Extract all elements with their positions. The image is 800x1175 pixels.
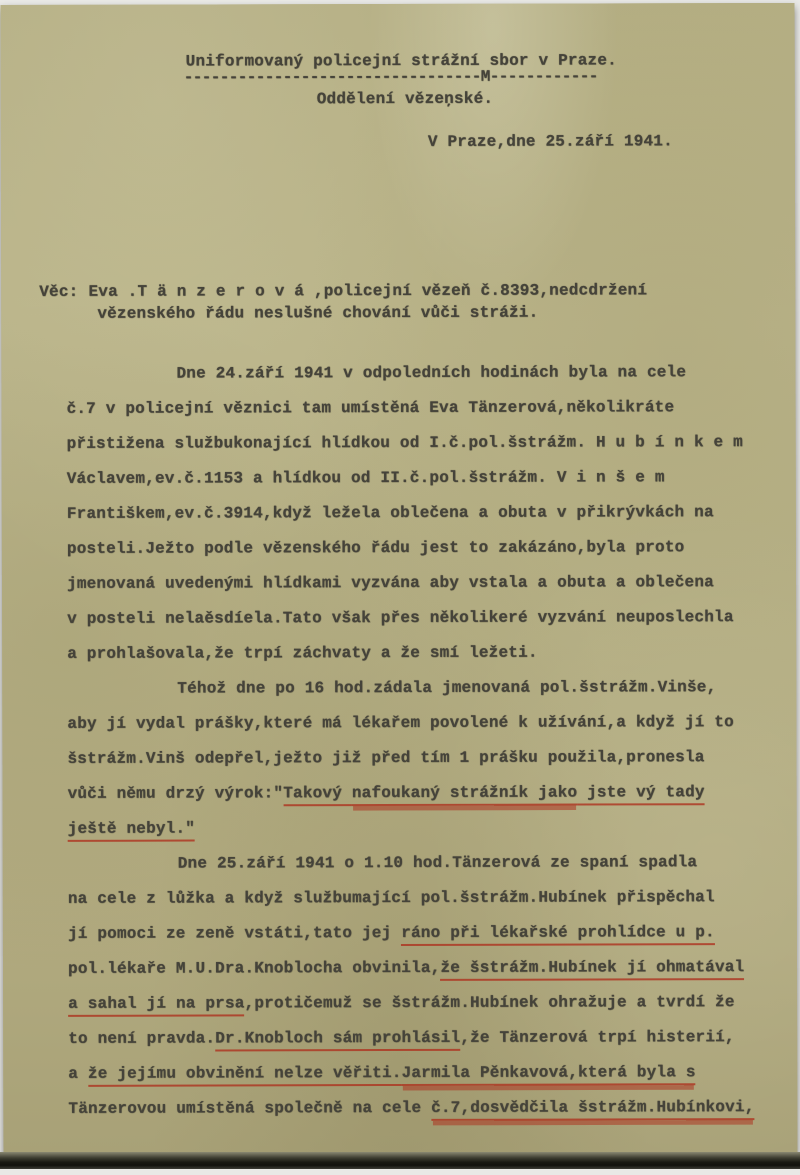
text-segment: Téhož dne po 16 hod.zádala jmenovaná pol…: [177, 678, 716, 697]
document-page: Uniformovaný policejní strážní sbor v Pr…: [0, 3, 797, 1155]
department-line: Oddělení vězeņské.: [317, 90, 493, 108]
document-line: přistižena službukonající hlídkou od I.č…: [67, 425, 777, 462]
document-line: a sahal jí na prsa,protičemuž se šstrážm…: [68, 985, 778, 1022]
document-line: ještě nebyl.": [68, 810, 778, 847]
document-line: Dne 25.září 1941 o 1.10 hod.Tänzerová ze…: [68, 845, 778, 882]
red-underlined-segment: nafoukaný strážník jako: [352, 784, 577, 807]
text-segment: na cele z lůžka a když službumající pol.…: [68, 888, 715, 908]
red-underlined-segment: a sahal jí na prsa: [68, 994, 244, 1016]
text-segment: Dne 25.září 1941 o 1.10 hod.Tänzerová ze…: [178, 853, 698, 872]
red-underlined-segment: Dr.Knobloch sám prohlásil: [215, 1029, 460, 1052]
document-line: pol.lékaře M.U.Dra.Knoblocha obvinila,že…: [68, 950, 778, 987]
document-line: aby jí vydal prášky,které má lékařem pov…: [67, 705, 777, 742]
text-segment: Dne 24.září 1941 v odpoledních hodinách …: [176, 363, 686, 382]
document-body: Dne 24.září 1941 v odpoledních hodinách …: [66, 355, 778, 1127]
text-segment: to není pravda.: [68, 1029, 215, 1047]
document-line: Václavem,ev.č.1153 a hlídkou od II.č.pol…: [67, 460, 777, 497]
text-segment: Václavem,ev.č.1153 a hlídkou od II.č.pol…: [67, 468, 665, 488]
red-underlined-segment: Jarmila Pěnkavová,která byla s: [402, 1063, 696, 1086]
red-underlined-segment: jste vý tady: [577, 783, 704, 805]
text-segment: posteli.Ježto podle vězenského řádu jest…: [67, 538, 685, 558]
page-bottom-edge: [0, 1152, 800, 1169]
text-segment: č.7 v policejní věznici tam umístěná Eva…: [67, 398, 675, 418]
document-line: jmenovaná uvedenými hlídkami vyzvána aby…: [67, 565, 777, 602]
subject-line-1: Eva .T ä n z e r o v á ,policejní vězeň …: [88, 281, 647, 300]
text-segment: jí pomoci ze zeně vstáti,tato jej: [68, 924, 401, 943]
red-underlined-segment: č.7,dosvědčila šstrážm.Hubínkovi,: [431, 1098, 755, 1121]
text-segment: Tänzerovou umístěná společně na cele: [68, 1099, 431, 1118]
text-segment: a prohlašovala,že trpí záchvaty a že smí…: [67, 644, 538, 663]
document-line: Téhož dne po 16 hod.zádala jmenovaná pol…: [67, 670, 777, 707]
text-segment: šstrážm.Vinš odepřel,ježto již před tím …: [67, 748, 704, 768]
document-line: to není pravda.Dr.Knobloch sám prohlásil…: [68, 1020, 778, 1057]
document-line: na cele z lůžka a když službumající pol.…: [68, 880, 778, 917]
subject-line-2: vězenského řádu neslušné chování vůči st…: [39, 301, 647, 325]
text-segment: v posteli nelaěsdíela.Tato však přes něk…: [67, 608, 734, 628]
red-underlined-segment: Takový: [283, 784, 352, 806]
dateline: V Praze,dne 25.září 1941.: [428, 132, 673, 151]
text-segment: pol.lékaře M.U.Dra.Knoblocha obvinila,: [68, 959, 441, 978]
text-segment: přistižena službukonající hlídkou od I.č…: [67, 433, 743, 453]
letterhead-divider: ---------------------------------M------…: [184, 67, 598, 86]
red-underlined-segment: ráno při lékařské prohlídce u p.: [401, 923, 715, 946]
subject-row-1: Věc:Eva .T ä n z e r o v á ,policejní vě…: [39, 279, 647, 303]
document-line: posteli.Ježto podle vězenského řádu jest…: [67, 530, 777, 567]
subject-block: Věc:Eva .T ä n z e r o v á ,policejní vě…: [39, 279, 647, 325]
document-line: jí pomoci ze zeně vstáti,tato jej ráno p…: [68, 915, 778, 952]
document-line: v posteli nelaěsdíela.Tato však přes něk…: [67, 600, 777, 637]
text-segment: ,protičemuž se šstrážm.Hubínek ohražuje …: [245, 993, 735, 1012]
subject-label: Věc:: [39, 283, 78, 301]
text-segment: aby jí vydal prášky,které má lékařem pov…: [67, 713, 734, 733]
document-line: vůči němu drzý výrok:"Takový nafoukaný s…: [68, 775, 778, 812]
document-line: Tänzerovou umístěná společně na cele č.7…: [68, 1090, 778, 1127]
text-segment: Františkem,ev.č.3914,když ležela oblečen…: [67, 503, 714, 523]
text-segment: vůči němu drzý výrok:": [68, 784, 284, 803]
document-line: Františkem,ev.č.3914,když ležela oblečen…: [67, 495, 777, 532]
document-line: č.7 v policejní věznici tam umístěná Eva…: [67, 390, 777, 427]
document-line: a že jejímu obvinění nelze věřiti.Jarmil…: [68, 1055, 778, 1092]
red-underlined-segment: že jejímu obvinění nelze věřiti.: [88, 1064, 402, 1087]
text-segment: a: [68, 1065, 88, 1083]
text-segment: ,že Tänzerová trpí histerií,: [460, 1028, 734, 1047]
document-line: Dne 24.září 1941 v odpoledních hodinách …: [66, 355, 776, 392]
red-underlined-segment: ještě nebyl.": [68, 820, 195, 842]
red-underlined-segment: že šstrážm.Hubínek jí ohmatával: [440, 958, 744, 981]
text-segment: jmenovaná uvedenými hlídkami vyzvána aby…: [67, 573, 714, 593]
document-line: a prohlašovala,že trpí záchvaty a že smí…: [67, 635, 777, 672]
scanned-document: Uniformovaný policejní strážní sbor v Pr…: [0, 0, 800, 1175]
document-line: šstrážm.Vinš odepřel,ježto již před tím …: [67, 740, 777, 777]
